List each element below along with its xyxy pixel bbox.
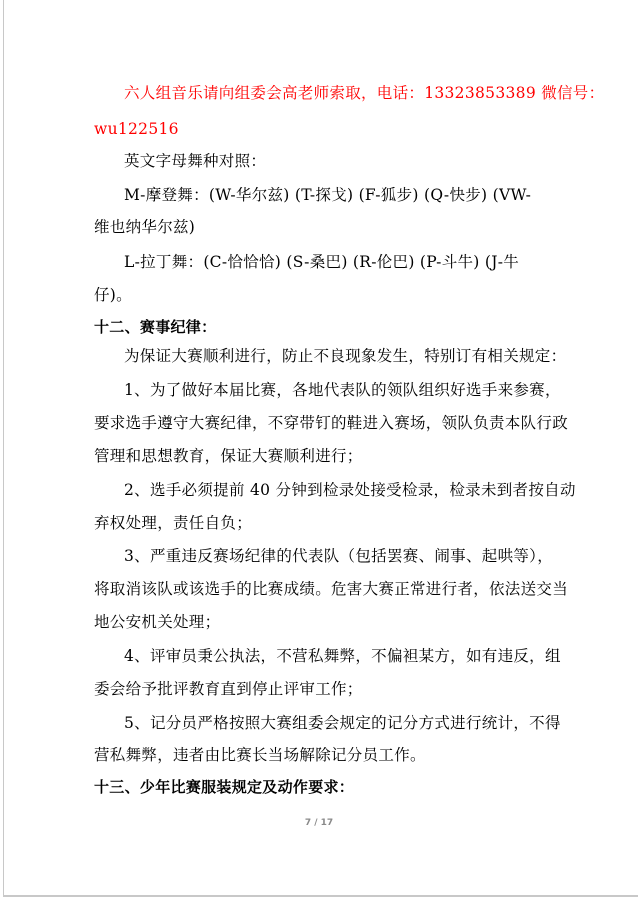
section-heading-13: 十三、少年比赛服装规定及动作要求： bbox=[94, 777, 354, 797]
rule-2-line-1: 2、选手必须提前 40 分钟到检录处接受检录，检录未到者按自动 bbox=[124, 480, 576, 500]
page-number-indicator: 7 / 17 bbox=[0, 818, 638, 828]
dance-code-legend-title: 英文字母舞种对照： bbox=[124, 151, 266, 171]
discipline-intro: 为保证大赛顺利进行，防止不良现象发生，特别订有相关规定： bbox=[124, 346, 566, 366]
rule-1-line-3: 管理和思想教育，保证大赛顺利进行； bbox=[94, 446, 363, 466]
rule-5-line-1: 5、记分员严格按照大赛组委会规定的记分方式进行统计，不得 bbox=[124, 713, 561, 733]
section-heading-12: 十二、赛事纪律： bbox=[94, 317, 216, 337]
rule-5-line-2: 营私舞弊，违者由比赛长当场解除记分员工作。 bbox=[94, 745, 426, 765]
document-page: 六人组音乐请向组委会高老师索取，电话：13323853389 微信号： wu12… bbox=[3, 0, 638, 897]
rule-4-line-2: 委会给予批评教育直到停止评审工作； bbox=[94, 679, 363, 699]
wechat-id-line: wu122516 bbox=[94, 119, 179, 139]
rule-4-line-1: 4、评审员秉公执法，不营私舞弊，不偏袒某方，如有违反，组 bbox=[124, 646, 561, 666]
modern-dance-codes-cont: 维也纳华尔兹) bbox=[94, 217, 195, 237]
rule-3-line-2: 将取消该队或该选手的比赛成绩。危害大赛正常进行者，依法送交当 bbox=[94, 579, 568, 599]
latin-dance-codes: L-拉丁舞：(C-恰恰恰) (S-桑巴) (R-伦巴) (P-斗牛) (J-牛 bbox=[124, 252, 519, 272]
rule-1-line-2: 要求选手遵守大赛纪律，不穿带钉的鞋进入赛场，领队负责本队行政 bbox=[94, 413, 568, 433]
modern-dance-codes: M-摩登舞：(W-华尔兹) (T-探戈) (F-狐步) (Q-快步) (VW- bbox=[124, 185, 531, 205]
rule-2-line-2: 弃权处理，责任自负； bbox=[94, 513, 252, 533]
rule-3-line-1: 3、严重违反赛场纪律的代表队（包括罢赛、闹事、起哄等）， bbox=[124, 546, 553, 566]
rule-3-line-3: 地公安机关处理； bbox=[94, 612, 220, 632]
contact-info-line: 六人组音乐请向组委会高老师索取，电话：13323853389 微信号： bbox=[124, 83, 604, 103]
latin-dance-codes-cont: 仔)。 bbox=[94, 285, 132, 305]
rule-1-line-1: 1、为了做好本届比赛，各地代表队的领队组织好选手来参赛， bbox=[124, 380, 561, 400]
